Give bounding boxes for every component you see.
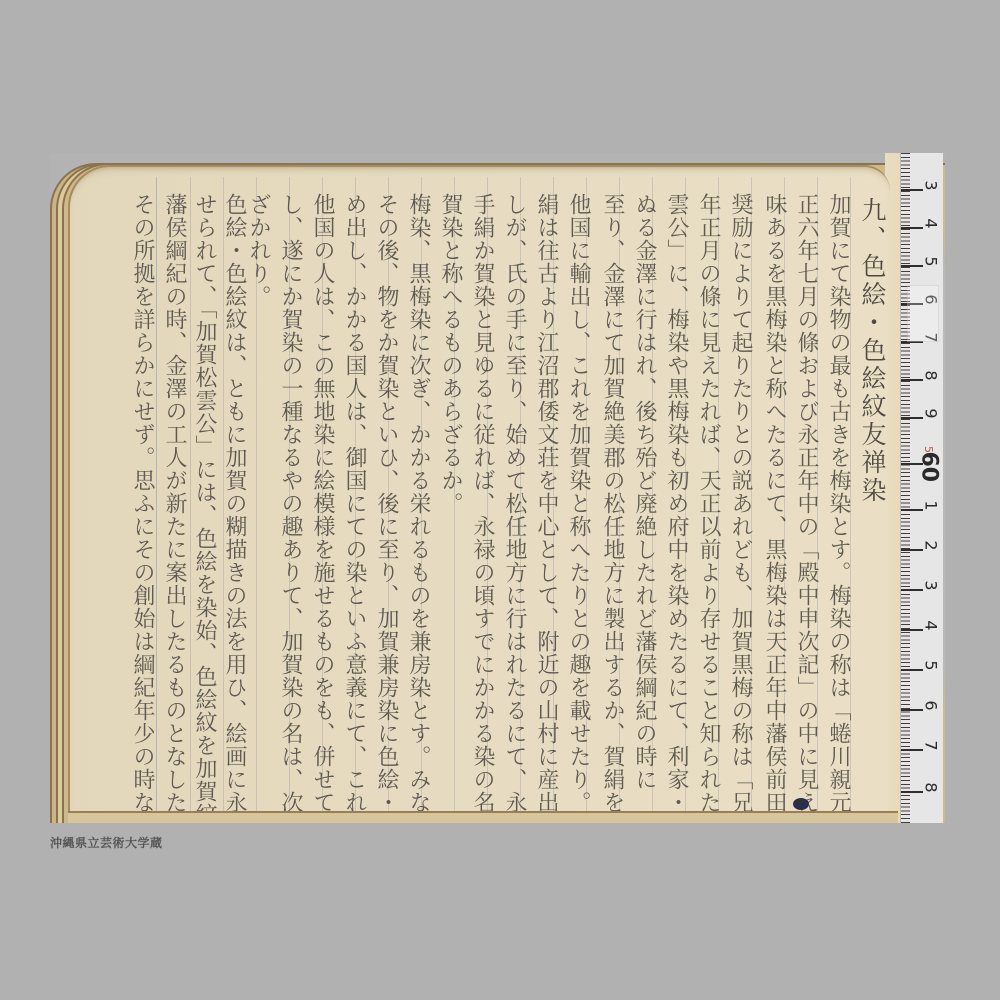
- text-column: 手絹か賀染と見ゆるに従れば、永禄の頃すでにかかる染の名称を染めたか: [468, 193, 496, 813]
- ink-blot: [793, 798, 809, 810]
- text-column: 他国の人は、この無地染に絵模様を施せるものをも、併せて加賀染と呼びたるなり: [308, 193, 336, 813]
- collection-caption: 沖縄県立芸術大学蔵: [50, 834, 163, 851]
- text-column: 年正月の條に見えたれば、天正以前より存せること知られたり。また「加賀松: [694, 193, 722, 813]
- text-column: 味あるを黒梅染と称へたるにて、黒梅染は天正年中藩侯前田利家の: [760, 193, 788, 813]
- page-bottom-edge: [68, 811, 898, 823]
- text-column: し、遂にか賀染の一種なるやの趣ありて、加賀染の名は、次第に故実に遠: [276, 193, 304, 813]
- text-column: 賀染と称へるものあらざるか。: [436, 193, 464, 813]
- text-column: ぬる金澤に行はれ、後ち殆ど廃絶したれど藩侯綱紀の時に: [630, 193, 658, 813]
- text-column: 絹は往古より江沼郡倭文荘を中心として、附近の山村に産出し来り: [532, 193, 560, 813]
- text-column: 雲公」に、梅染や黒梅染も初め府中を染めたるにて、利家・利長の時、尋: [662, 193, 690, 813]
- manuscript-photo: 九、色絵・色絵紋友禅染 加賀にて染物の最も古きを梅染とす。梅染の称は「蜷川親元日…: [50, 153, 945, 823]
- ruler-minor-ticks: [901, 153, 921, 823]
- text-column: 梅染、黒梅染に次ぎ、かかる栄れるものを兼房染とす。みな無地染にし: [404, 193, 432, 813]
- ruler-tape-patch: [907, 285, 939, 342]
- section-title: 九、色絵・色絵紋友禅染: [858, 197, 886, 817]
- text-column: 奨励によりて起りたりとの説あれども、加賀黒梅の称は「兄弟三味記」の天文九: [726, 193, 754, 813]
- text-column: 他国に輸出し、これを加賀染と称へたりとの趣を載せたり。然れども加賀: [564, 193, 592, 813]
- text-column: め出し、かかる国人は、御国にての染といふ意義にて、これを御国染と呼びたれど、: [340, 193, 368, 813]
- text-column: その所拠を詳らかにせず。思ふにその創始は綱紀年少の時なりしため、利常: [128, 193, 156, 813]
- measuring-ruler: 3 4 5 6 7 8 9 5 60 1 2 3 4 5 6 7 8: [900, 153, 943, 823]
- text-column: しが、氏の手に至り、始めて松任地方に行はれたるにて、永禄年中の文書に: [500, 193, 528, 813]
- text-column: その後、物をか賀染といひ、後に至り、加賀兼房染に色絵・色絵紋を染: [372, 193, 400, 813]
- text-column: 加賀にて染物の最も古きを梅染とす。梅染の称は「蜷川親元日記」の寛: [824, 193, 852, 813]
- text-column: 正六年七月の條および永正年中の「殿中申次記」の中に見え、また梅染の黒: [792, 193, 820, 813]
- ruled-line: [156, 177, 157, 819]
- manuscript-page: 九、色絵・色絵紋友禅染 加賀にて染物の最も古きを梅染とす。梅染の称は「蜷川親元日…: [68, 165, 890, 819]
- text-column: せられて、「加賀松雲公」には、色絵を染始、色絵紋を加賀紋と称し、これを: [190, 193, 218, 813]
- text-column: ざかれり。: [244, 193, 272, 813]
- text-column: 藩侯綱紀の時、金澤の工人が新たに案出したるものとなしたれど、われ: [160, 193, 188, 813]
- text-column: 色絵・色絵紋は、ともに加賀の糊描きの法を用ひ、絵画に永久不褪の彩色を染め出: [220, 193, 248, 813]
- text-column: 至り、金澤にて加賀絶美郡の松任地方に製出するか、賀絹を染めて: [598, 193, 626, 813]
